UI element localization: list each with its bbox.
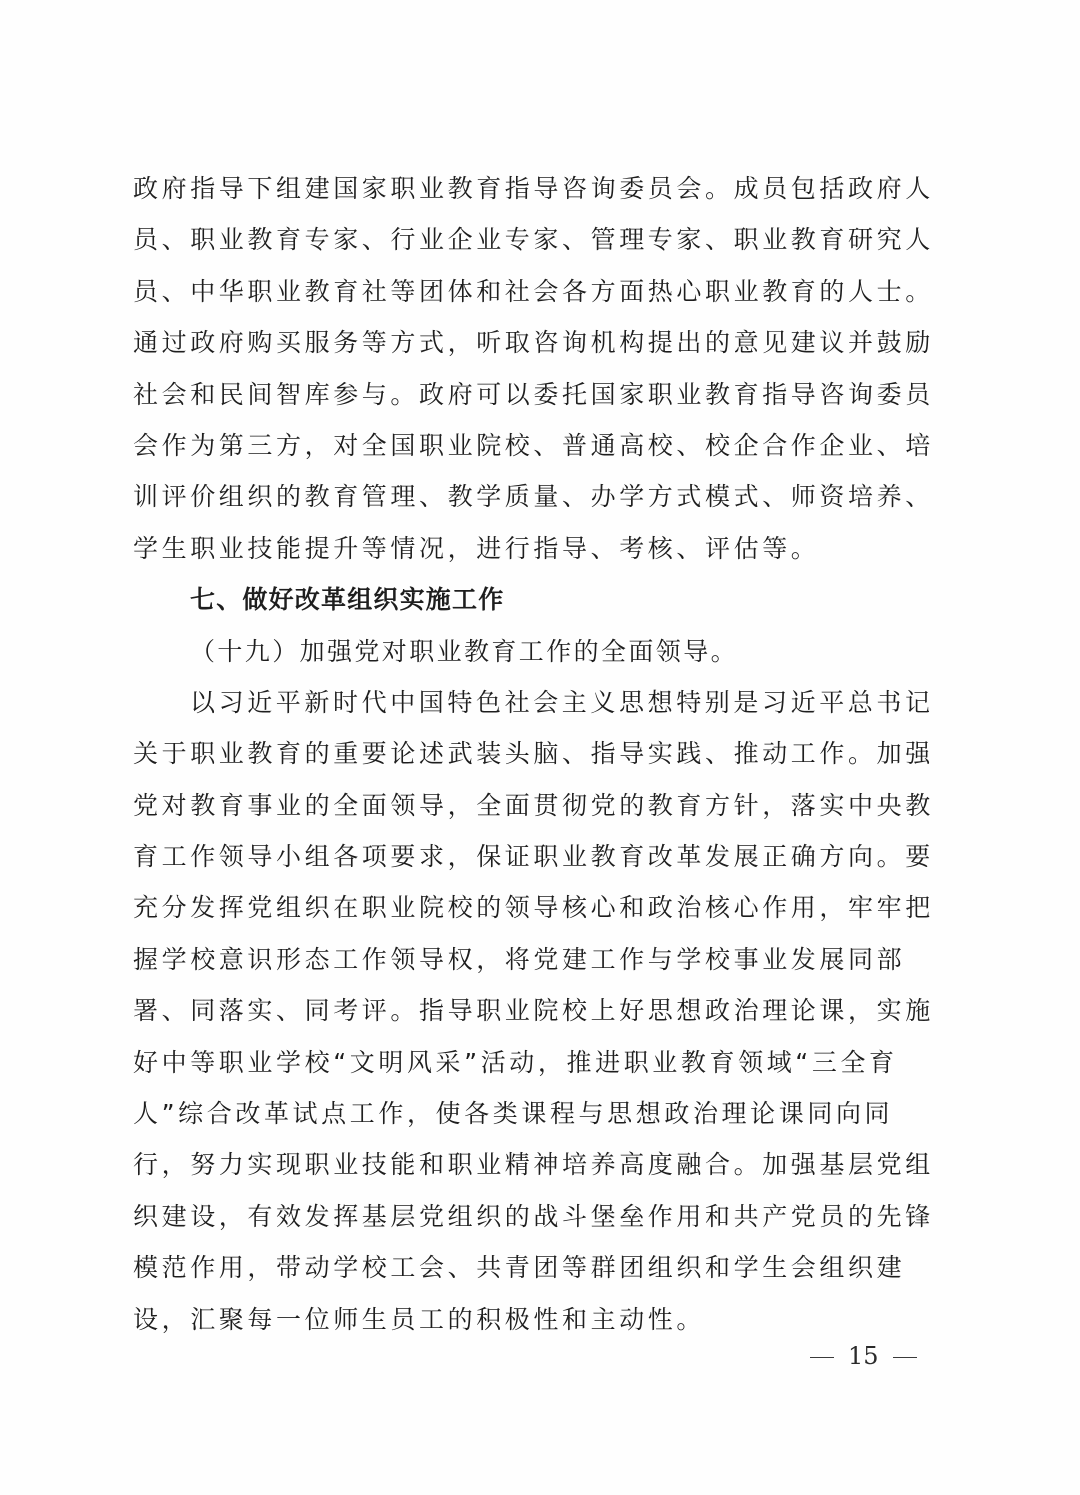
text-line: 通过政府购买服务等方式，听取咨询机构提出的意见建议并鼓励 [133, 317, 939, 368]
text-line: 设，汇聚每一位师生员工的积极性和主动性。 [133, 1294, 939, 1345]
section-heading: 七、做好改革组织实施工作 [133, 574, 939, 625]
text-line: 握学校意识形态工作领导权，将党建工作与学校事业发展同部 [133, 934, 939, 985]
text-line: 社会和民间智库参与。政府可以委托国家职业教育指导咨询委员 [133, 369, 939, 420]
text-line: 会作为第三方，对全国职业院校、普通高校、校企合作企业、培 [133, 420, 939, 471]
text-line: 育工作领导小组各项要求，保证职业教育改革发展正确方向。要 [133, 831, 939, 882]
paragraph-main: 以习近平新时代中国特色社会主义思想特别是习近平总书记 关于职业教育的重要论述武装… [133, 677, 939, 1345]
dash-left-decoration [810, 1357, 834, 1359]
paragraph-continuation: 政府指导下组建国家职业教育指导咨询委员会。成员包括政府人 员、职业教育专家、行业… [133, 163, 939, 574]
text-line: 训评价组织的教育管理、教学质量、办学方式模式、师资培养、 [133, 471, 939, 522]
text-line: 好中等职业学校“文明风采”活动，推进职业教育领域“三全育 [133, 1037, 939, 1088]
page-number-value: 15 [848, 1342, 879, 1370]
text-line: 署、同落实、同考评。指导职业院校上好思想政治理论课，实施 [133, 985, 939, 1036]
text-line: 行，努力实现职业技能和职业精神培养高度融合。加强基层党组 [133, 1139, 939, 1190]
dash-right-decoration [893, 1357, 917, 1359]
page-number: 15 [796, 1342, 926, 1370]
text-line: 政府指导下组建国家职业教育指导咨询委员会。成员包括政府人 [133, 163, 939, 214]
subsection-heading: （十九）加强党对职业教育工作的全面领导。 [133, 626, 939, 677]
text-line: 员、职业教育专家、行业企业专家、管理专家、职业教育研究人 [133, 214, 939, 265]
text-line: 关于职业教育的重要论述武装头脑、指导实践、推动工作。加强 [133, 728, 939, 779]
text-line: 充分发挥党组织在职业院校的领导核心和政治核心作用，牢牢把 [133, 882, 939, 933]
text-line: 党对教育事业的全面领导，全面贯彻党的教育方针，落实中央教 [133, 780, 939, 831]
text-line: 模范作用，带动学校工会、共青团等群团组织和学生会组织建 [133, 1242, 939, 1293]
text-line: 员、中华职业教育社等团体和社会各方面热心职业教育的人士。 [133, 266, 939, 317]
text-line: 以习近平新时代中国特色社会主义思想特别是习近平总书记 [133, 677, 939, 728]
text-line: 学生职业技能提升等情况，进行指导、考核、评估等。 [133, 523, 939, 574]
document-page: 政府指导下组建国家职业教育指导咨询委员会。成员包括政府人 员、职业教育专家、行业… [133, 163, 939, 1345]
text-line: 织建设，有效发挥基层党组织的战斗堡垒作用和共产党员的先锋 [133, 1191, 939, 1242]
text-line: 人”综合改革试点工作，使各类课程与思想政治理论课同向同 [133, 1088, 939, 1139]
